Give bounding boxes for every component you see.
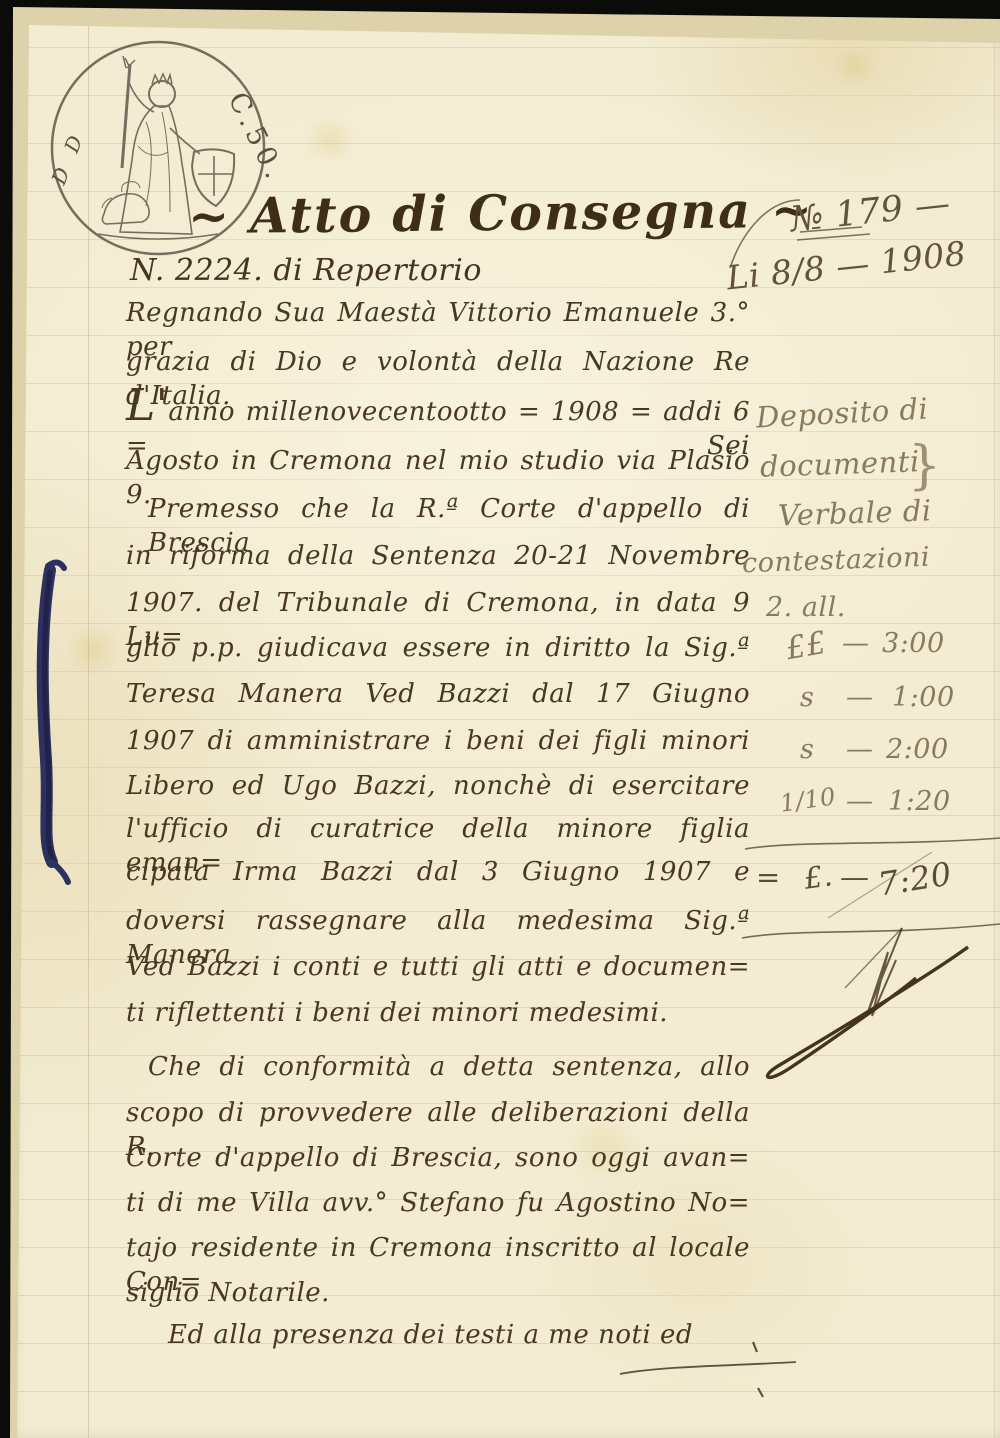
bottom-flourish — [0, 0, 1000, 1438]
document-page: C.50. D D ~ Atto di Consegna ~ N. 2224. … — [0, 0, 1000, 1438]
binding-ribbon — [0, 0, 120, 1438]
